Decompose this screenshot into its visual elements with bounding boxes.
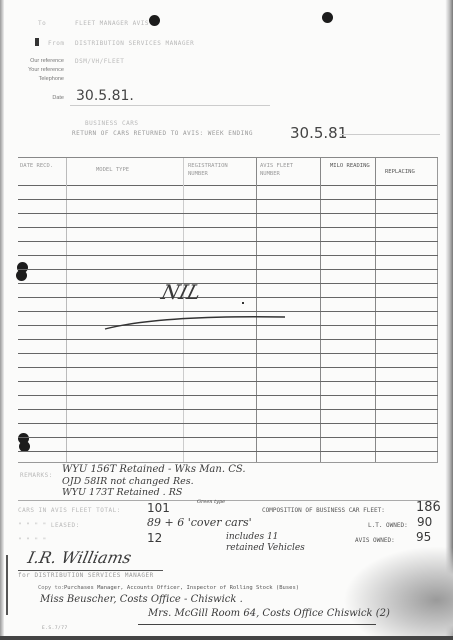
table-row [18, 213, 438, 214]
col-header-milo: MILO READING [330, 162, 370, 170]
your-reference-label: Your reference [18, 67, 64, 73]
col-header-registration: REGISTRATION NUMBER [188, 162, 248, 178]
nil-entry: NIL [159, 280, 204, 304]
form-code: E.S.7/77 [42, 626, 68, 631]
from-value: DISTRIBUTION SERVICES MANAGER [75, 40, 194, 47]
lt-owned-label: L.T. OWNED: [368, 522, 408, 529]
table-row [18, 339, 438, 340]
date-label: Date [18, 95, 64, 101]
remark-line: OJD 58IR not changed Res. [62, 476, 194, 487]
punch-hole [16, 270, 27, 281]
our-reference-label: Our reference [18, 58, 64, 64]
composition-value: 186 [416, 500, 441, 515]
table-row [18, 381, 438, 382]
remark-line: WYU 156T Retained - Wks Man. CS. [62, 464, 246, 475]
signature-title: for DISTRIBUTION SERVICES MANAGER [18, 572, 154, 579]
col-header-replacing: REPLACING [385, 168, 415, 176]
remark-line: WYU 173T Retained . RS [62, 487, 182, 498]
col-header-date: DATE RECD. [20, 162, 60, 170]
title-line2: RETURN OF CARS RETURNED TO AVIS: WEEK EN… [72, 130, 253, 137]
pin-mark [35, 38, 39, 46]
summary-value: 101 [147, 501, 170, 515]
table-row [18, 437, 438, 438]
copy-underline [138, 624, 376, 625]
summary-note: Green type [197, 499, 225, 505]
summary-value: 89 + 6 'cover cars' [147, 516, 252, 529]
copy-to-label: Copy to: [38, 585, 65, 591]
table-row [18, 255, 438, 256]
copy-to-handwritten: Mrs. McGill Room 64, Costs Office Chiswi… [148, 608, 390, 619]
paper-edge-right [445, 0, 453, 640]
copy-to-handwritten: Miss Beuscher, Costs Office - Chiswick . [40, 594, 243, 605]
punch-hole [149, 15, 160, 26]
signature-line [18, 570, 163, 571]
remarks-divider [18, 500, 438, 501]
our-reference-value: DSM/VH/FLEET [75, 58, 124, 65]
table-row [18, 409, 438, 410]
table-row [18, 241, 438, 242]
title-underline [340, 134, 440, 135]
avis-owned-label: AVIS OWNED: [355, 537, 395, 544]
col-header-model: MODEL TYPE [96, 166, 129, 174]
ink-dot [242, 302, 244, 304]
table-row [18, 269, 438, 270]
telephone-label: Telephone [18, 76, 64, 82]
paper-stain [343, 546, 453, 636]
signature: I.R. Williams [26, 548, 133, 567]
to-label: To [38, 20, 46, 27]
punch-hole [322, 12, 333, 23]
table-row [18, 395, 438, 396]
avis-owned-value: 95 [416, 530, 431, 544]
table-row [18, 353, 438, 354]
composition-label: COMPOSITION OF BUSINESS CAR FLEET: [262, 507, 385, 514]
week-ending-value: 30.5.81 [290, 124, 347, 142]
strike-line [100, 312, 290, 332]
col-header-fleet-number: AVIS FLEET NUMBER [260, 162, 315, 178]
table-row [18, 451, 438, 452]
table-bottom-border [18, 462, 438, 463]
table-row [18, 423, 438, 424]
table-row [18, 283, 438, 284]
summary-note: includes 11 retained Vehicles [226, 532, 316, 554]
to-value: FLEET MANAGER AVIS [75, 20, 149, 27]
paper-edge-left [0, 0, 4, 640]
paper-edge-bottom [0, 636, 453, 640]
copy-to-typed: Purchases Manager, Accounts Officer, Ins… [64, 585, 299, 591]
table-row [18, 367, 438, 368]
lt-owned-value: 90 [417, 515, 432, 529]
summary-value: 12 [147, 531, 162, 545]
summary-label: CARS IN AVIS FLEET TOTAL: [18, 507, 121, 514]
table-row [18, 199, 438, 200]
remarks-label: REMARKS: [20, 472, 53, 479]
date-value: 30.5.81. [76, 88, 134, 104]
header-divider [70, 105, 270, 106]
margin-mark [6, 555, 8, 615]
table-row [18, 227, 438, 228]
summary-label: " " " " [18, 537, 47, 544]
table-row [18, 297, 438, 298]
summary-label: " " " " LEASED: [18, 522, 80, 529]
title-line1: BUSINESS CARS [85, 120, 138, 127]
from-label: From [48, 40, 64, 47]
